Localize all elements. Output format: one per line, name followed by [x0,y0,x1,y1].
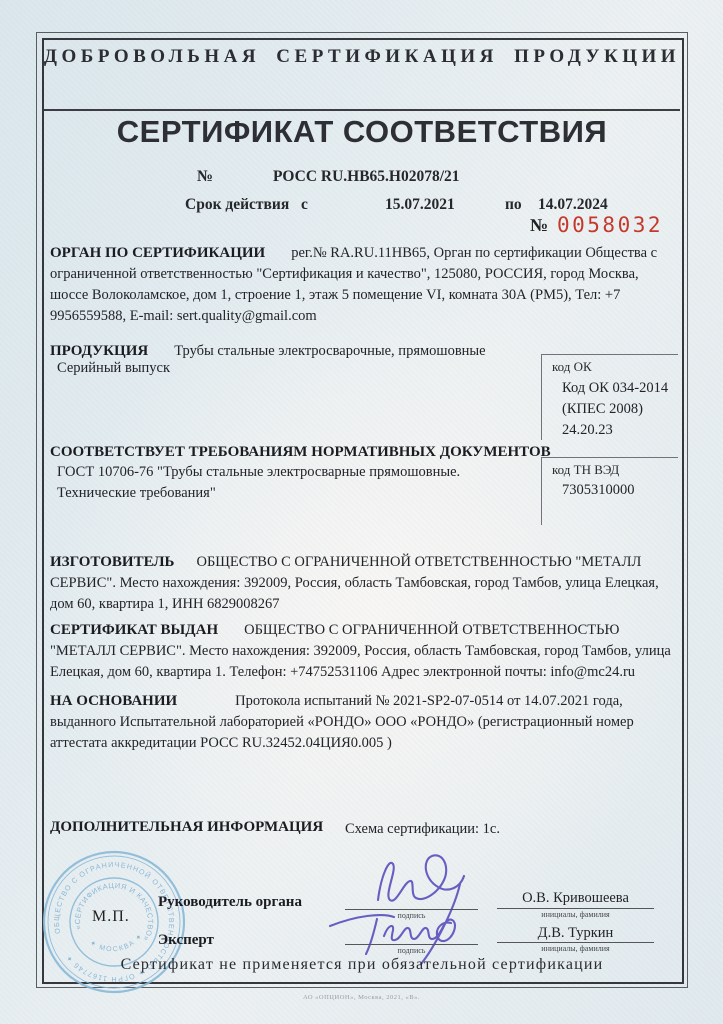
section-manufacturer-heading: ИЗГОТОВИТЕЛЬ [50,554,174,570]
section-additional-heading: ДОПОЛНИТЕЛЬНАЯ ИНФОРМАЦИЯ [50,819,323,836]
validity-from-label: с [301,196,308,214]
head-signature-line [345,909,478,910]
head-signature-stroke [378,855,464,900]
head-role-label: Руководитель органа [158,894,302,911]
section-manufacturer: ИЗГОТОВИТЕЛЬОБЩЕСТВО С ОГРАНИЧЕННОЙ ОТВЕ… [50,552,678,615]
ok-code-line-1: Код ОК 034-2014 [562,378,678,399]
ok-code-line-3: 24.20.23 [562,420,678,441]
header-divider [44,109,680,111]
head-name-caption: инициалы, фамилия [497,910,654,919]
blank-number: 0058032 [557,213,663,237]
section-product-heading: ПРОДУКЦИЯ [50,343,148,359]
section-issued-to-heading: СЕРТИФИКАТ ВЫДАН [50,622,218,638]
section-product-note: Серийный выпуск [57,360,170,377]
certificate-title: СЕРТИФИКАТ СООТВЕТСТВИЯ [42,114,682,150]
stamp-place-mark: М.П. [92,908,130,926]
print-imprint: АО «ОПЦИОН», Москва, 2021, «В». [0,994,723,1001]
cert-number-label: № [197,168,213,186]
section-organ: ОРГАН ПО СЕРТИФИКАЦИИрег.№ RA.RU.11НВ65,… [50,243,678,327]
section-basis-heading: НА ОСНОВАНИИ [50,693,177,709]
head-name: О.В. Кривошеева [497,890,654,907]
cert-number-value: РОСС RU.НВ65.Н02078/21 [273,168,460,186]
validity-from-date: 15.07.2021 [385,196,455,214]
footer-note: Сертификат не применяется при обязательн… [42,956,682,974]
blank-number-label: № [530,215,548,236]
tnved-code-value: 7305310000 [562,480,678,501]
section-conforms-heading: СООТВЕТСТВУЕТ ТРЕБОВАНИЯМ НОРМАТИВНЫХ ДО… [50,444,551,461]
head-name-line [497,908,654,909]
certificate-page: ДОБРОВОЛЬНАЯ СЕРТИФИКАЦИЯ ПРОДУКЦИИ СЕРТ… [0,0,723,1024]
section-issued-to: СЕРТИФИКАТ ВЫДАНОБЩЕСТВО С ОГРАНИЧЕННОЙ … [50,620,678,683]
ok-code-label: код ОК [552,359,678,375]
ok-code-box: код ОК Код ОК 034-2014 (КПЕС 2008) 24.20… [541,354,678,440]
section-product: ПРОДУКЦИЯТрубы стальные электросварочные… [50,341,528,362]
tnved-code-label: код ТН ВЭД [552,462,678,478]
svg-text:✦ МОСКВА ✦: ✦ МОСКВА ✦ [87,928,147,959]
section-conforms-text: ГОСТ 10706-76 "Трубы стальные электросва… [57,462,527,504]
tnved-code-box: код ТН ВЭД 7305310000 [541,457,678,525]
expert-signature-caption: подпись [345,946,478,955]
section-basis: НА ОСНОВАНИИПротокола испытаний № 2021-S… [50,691,678,754]
section-organ-heading: ОРГАН ПО СЕРТИФИКАЦИИ [50,245,265,261]
validity-to-date: 14.07.2024 [538,196,608,214]
banner-title: ДОБРОВОЛЬНАЯ СЕРТИФИКАЦИЯ ПРОДУКЦИИ [42,46,682,68]
expert-role-label: Эксперт [158,932,214,949]
stamp-city-text: ✦ МОСКВА ✦ [87,928,147,959]
validity-label: Срок действия [185,196,289,214]
head-signature-caption: подпись [345,911,478,920]
ok-code-line-2: (КПЕС 2008) [562,399,678,420]
expert-signature-line [345,944,478,945]
expert-name-caption: инициалы, фамилия [497,944,654,953]
section-product-text: Трубы стальные электросварочные, прямошо… [174,343,485,359]
validity-to-label: по [505,196,522,214]
expert-name-line [497,942,654,943]
expert-name: Д.В. Туркин [497,925,654,942]
